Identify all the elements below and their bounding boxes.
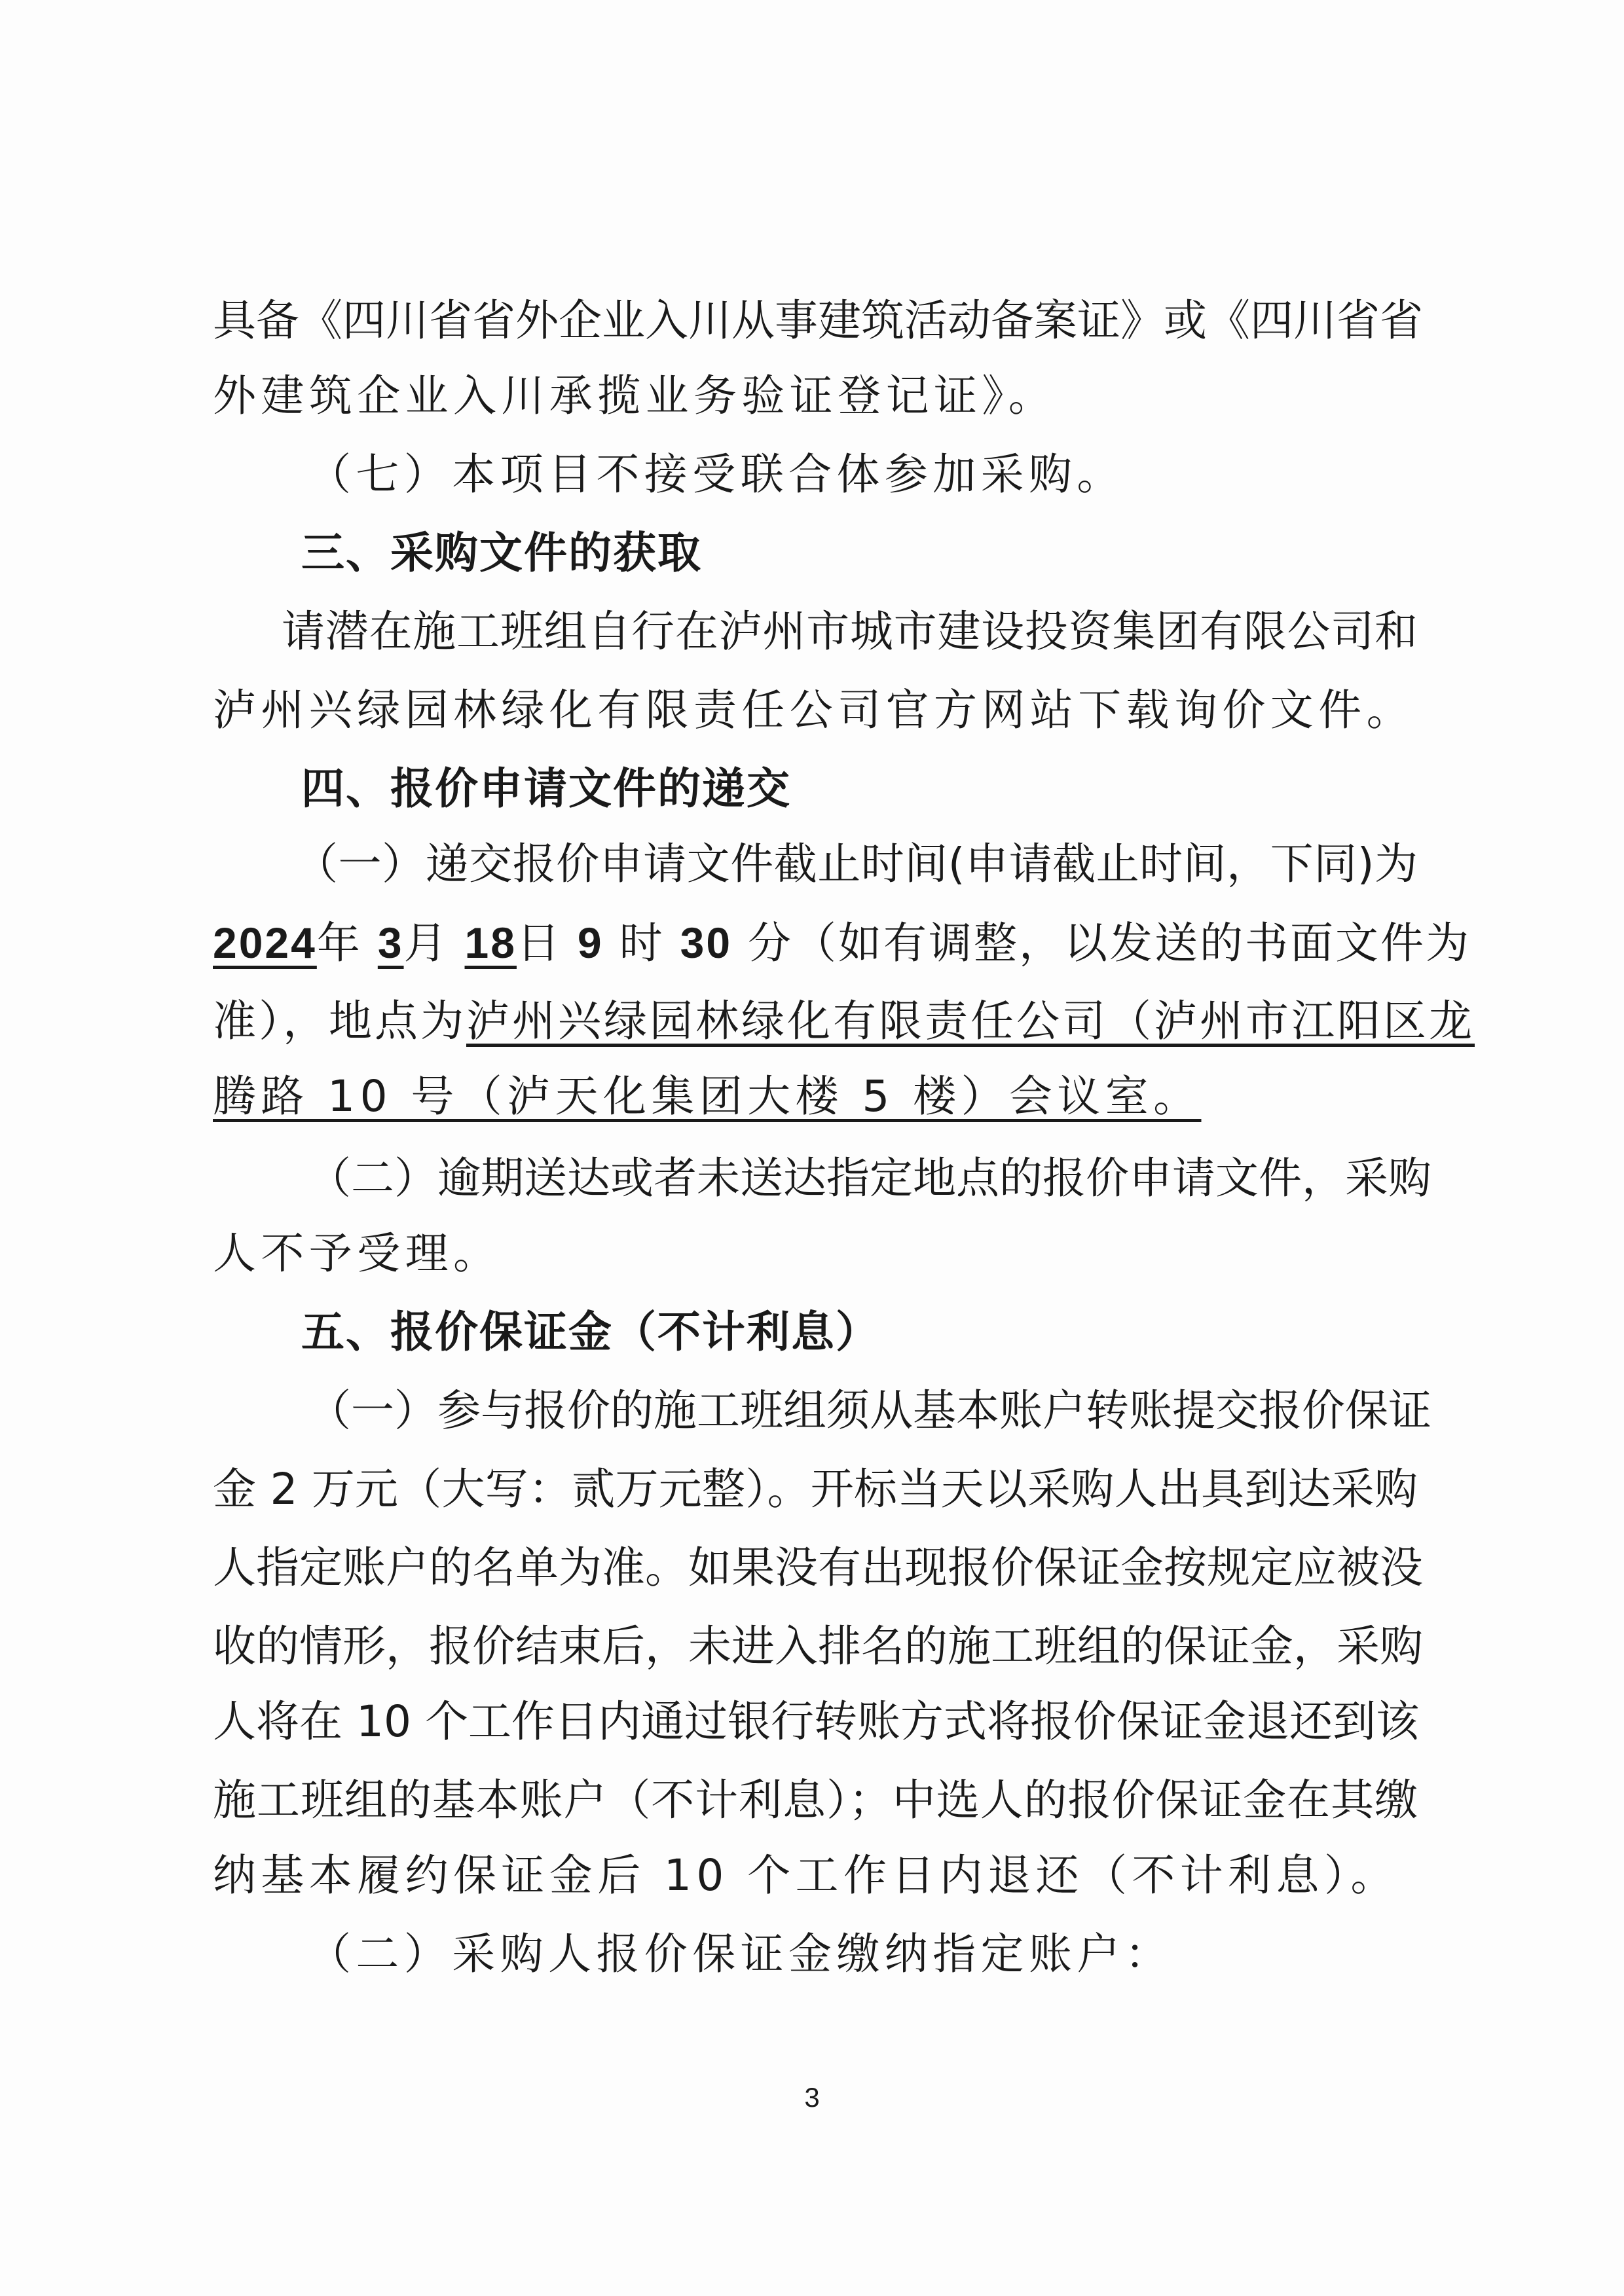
deadline-minute: 30	[680, 919, 732, 967]
paragraph-location-line-1: 准），地点为泸州兴绿园林绿化有限责任公司（泸州市江阳区龙	[213, 989, 1418, 1054]
paragraph-deposit-line-2: 金 2 万元（大写：贰万元整）。开标当天以采购人出具到达采购	[213, 1457, 1418, 1522]
deadline-year: 2024	[213, 919, 317, 967]
paragraph-deadline-line-2: 2024年 3月 18日 9 时 30 分（如有调整，以发送的书面文件为	[213, 910, 1418, 975]
paragraph-late-line-2: 人不予受理。	[213, 1221, 1418, 1286]
paragraph-late-line-1: （二）逾期送达或者未送达指定地点的报价申请文件，采购	[308, 1146, 1418, 1211]
deadline-hour-suffix: 时	[619, 918, 665, 968]
section-heading-3: 三、采购文件的获取	[301, 520, 1506, 586]
deadline-tail: （如有调整，以发送的书面文件为	[793, 918, 1471, 968]
paragraph-certificate-line-2: 外建筑企业入川承揽业务验证登记证》。	[213, 363, 1418, 429]
deadline-minute-suffix: 分	[748, 918, 793, 968]
deadline-month-suffix: 月	[404, 918, 449, 968]
location-prefix: 准），地点为	[213, 996, 466, 1046]
document-page: 具备《四川省省外企业入川从事建筑活动备案证》或《四川省省 外建筑企业入川承揽业务…	[0, 0, 1624, 2296]
paragraph-obtain-line-2: 泸州兴绿园林绿化有限责任公司官方网站下载询价文件。	[213, 678, 1418, 743]
deadline-day: 18	[465, 919, 517, 967]
paragraph-deposit-line-5: 人将在 10 个工作日内通过银行转账方式将报价保证金退还到该	[213, 1689, 1418, 1755]
section-heading-4: 四、报价申请文件的递交	[301, 756, 1506, 822]
paragraph-item-7: （七）本项目不接受联合体参加采购。	[308, 442, 1418, 507]
location-address-2: 腾路 10 号（泸天化集团大楼 5 楼）会议室。	[213, 1071, 1202, 1121]
paragraph-deposit-line-3: 人指定账户的名单为准。如果没有出现报价保证金按规定应被没	[213, 1535, 1418, 1601]
paragraph-location-line-2: 腾路 10 号（泸天化集团大楼 5 楼）会议室。	[213, 1064, 1418, 1129]
deadline-year-suffix: 年	[317, 918, 362, 968]
paragraph-certificate-line-1: 具备《四川省省外企业入川从事建筑活动备案证》或《四川省省	[213, 288, 1418, 354]
deadline-day-suffix: 日	[517, 918, 562, 968]
paragraph-obtain-line-1: 请潜在施工班组自行在泸州市城市建设投资集团有限公司和	[282, 599, 1418, 665]
paragraph-deposit-line-7: 纳基本履约保证金后 10 个工作日内退还（不计利息）。	[213, 1843, 1418, 1908]
paragraph-designated-account: （二）采购人报价保证金缴纳指定账户：	[308, 1922, 1418, 1987]
page-number: 3	[0, 2082, 1624, 2113]
paragraph-deadline-line-1: （一）递交报价申请文件截止时间(申请截止时间，下同)为	[295, 831, 1418, 897]
paragraph-deposit-line-6: 施工班组的基本账户（不计利息）；中选人的报价保证金在其缴	[213, 1768, 1418, 1833]
paragraph-deposit-line-1: （一）参与报价的施工班组须从基本账户转账提交报价保证	[308, 1378, 1418, 1444]
paragraph-deposit-line-4: 收的情形，报价结束后，未进入排名的施工班组的保证金，采购	[213, 1614, 1418, 1679]
deadline-month: 3	[378, 919, 404, 967]
deadline-hour: 9	[578, 919, 604, 967]
location-address-1: 泸州兴绿园林绿化有限责任公司（泸州市江阳区龙	[466, 996, 1475, 1046]
section-heading-5: 五、报价保证金（不计利息）	[301, 1300, 1506, 1365]
